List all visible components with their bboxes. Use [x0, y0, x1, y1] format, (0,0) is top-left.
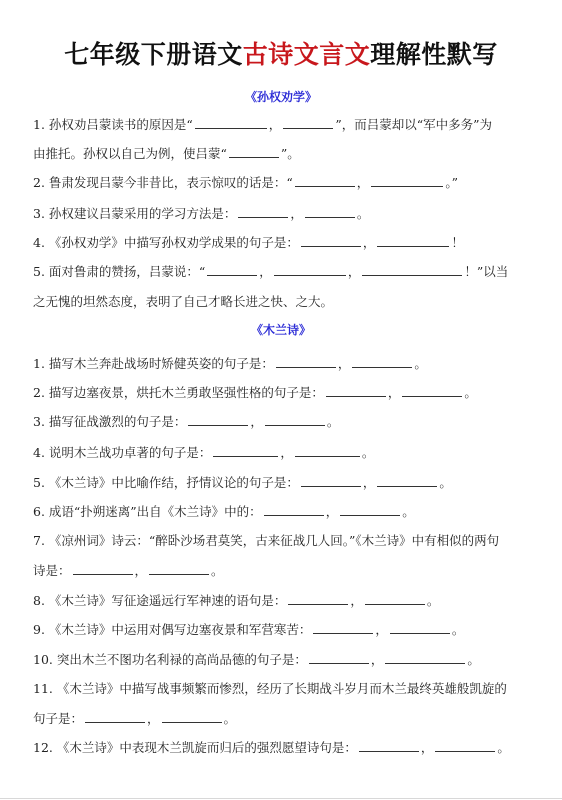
answer-blank[interactable]	[213, 444, 278, 457]
answer-blank[interactable]	[371, 174, 443, 187]
title-part1: 七年级下册语文	[64, 40, 243, 69]
answer-blank[interactable]	[188, 413, 248, 426]
section-title-sunquan: 《孙权劝学》	[0, 89, 562, 105]
question-line: 2. 鲁肃发现吕蒙今非昔比，表示惊叹的话是：“，。”	[33, 174, 533, 192]
answer-blank[interactable]	[313, 621, 373, 634]
worksheet-page: 七年级下册语文古诗文言文理解性默写 《孙权劝学》 1. 孙权劝吕蒙读书的原因是“…	[0, 0, 562, 800]
question-line: 8. 《木兰诗》写征途遥远行军神速的语句是：，。	[33, 592, 533, 610]
answer-blank[interactable]	[229, 145, 279, 158]
answer-blank[interactable]	[385, 651, 465, 664]
question-line: 12. 《木兰诗》中表现木兰凯旋而归后的强烈愿望诗句是：，。	[33, 739, 533, 757]
question-line: 之无愧的坦然态度，表明了自己才略长进之快、之大。	[33, 293, 533, 311]
question-line: 10. 突出木兰不图功名利禄的高尚品德的句子是：，。	[33, 651, 533, 669]
answer-blank[interactable]	[340, 503, 400, 516]
answer-blank[interactable]	[238, 205, 288, 218]
answer-blank[interactable]	[377, 234, 449, 247]
question-line: 1. 描写木兰奔赴战场时矫健英姿的句子是：，。	[33, 355, 533, 373]
answer-blank[interactable]	[195, 116, 267, 129]
answer-blank[interactable]	[390, 621, 450, 634]
answer-blank[interactable]	[352, 355, 412, 368]
question-line: 诗是：，。	[33, 562, 533, 580]
answer-blank[interactable]	[402, 384, 462, 397]
answer-blank[interactable]	[435, 739, 495, 752]
title-part3: 理解性默写	[370, 40, 498, 69]
title-highlight: 古诗文言文	[243, 40, 371, 69]
answer-blank[interactable]	[288, 592, 348, 605]
question-line: 3. 描写征战激烈的句子是：，。	[33, 413, 533, 431]
answer-blank[interactable]	[377, 474, 437, 487]
answer-blank[interactable]	[149, 562, 209, 575]
answer-blank[interactable]	[85, 710, 145, 723]
question-line: 句子是：，。	[33, 710, 533, 728]
question-line: 7. 《凉州词》诗云：“醉卧沙场君莫笑，古来征战几人回。”《木兰诗》中有相似的两…	[33, 532, 533, 550]
question-line: 6. 成语“扑朔迷离”出自《木兰诗》中的：，。	[33, 503, 533, 521]
question-line: 11. 《木兰诗》中描写战事频繁而惨烈，经历了长期战斗岁月而木兰最终英雄般凯旋的	[33, 680, 533, 698]
question-line: 5. 面对鲁肃的赞扬，吕蒙说：“，，！”以当	[33, 263, 533, 281]
answer-blank[interactable]	[295, 444, 360, 457]
question-line: 5. 《木兰诗》中比喻作结，抒情议论的句子是：，。	[33, 474, 533, 492]
answer-blank[interactable]	[295, 174, 355, 187]
section-title-mulan: 《木兰诗》	[0, 322, 562, 338]
answer-blank[interactable]	[207, 263, 257, 276]
answer-blank[interactable]	[359, 739, 419, 752]
question-line: 由推托。孙权以自己为例，使吕蒙“”。	[33, 145, 533, 163]
answer-blank[interactable]	[362, 263, 462, 276]
answer-blank[interactable]	[73, 562, 133, 575]
answer-blank[interactable]	[274, 263, 346, 276]
answer-blank[interactable]	[365, 592, 425, 605]
answer-blank[interactable]	[305, 205, 355, 218]
answer-blank[interactable]	[283, 116, 333, 129]
question-line: 4. 《孙权劝学》中描写孙权劝学成果的句子是：，！	[33, 234, 533, 252]
page-bottom-divider	[0, 798, 562, 799]
question-line: 3. 孙权建议吕蒙采用的学习方法是：，。	[33, 205, 533, 223]
answer-blank[interactable]	[326, 384, 386, 397]
answer-blank[interactable]	[309, 651, 369, 664]
answer-blank[interactable]	[162, 710, 222, 723]
question-line: 2. 描写边塞夜景，烘托木兰勇敢坚强性格的句子是：，。	[33, 384, 533, 402]
question-line: 4. 说明木兰战功卓著的句子是：，。	[33, 444, 533, 462]
question-line: 9. 《木兰诗》中运用对偶写边塞夜景和军营寒苦：，。	[33, 621, 533, 639]
page-title: 七年级下册语文古诗文言文理解性默写	[0, 38, 562, 72]
answer-blank[interactable]	[301, 474, 361, 487]
question-line: 1. 孙权劝吕蒙读书的原因是“，”，而吕蒙却以“军中多务”为	[33, 116, 533, 134]
answer-blank[interactable]	[301, 234, 361, 247]
answer-blank[interactable]	[265, 413, 325, 426]
answer-blank[interactable]	[264, 503, 324, 516]
answer-blank[interactable]	[276, 355, 336, 368]
